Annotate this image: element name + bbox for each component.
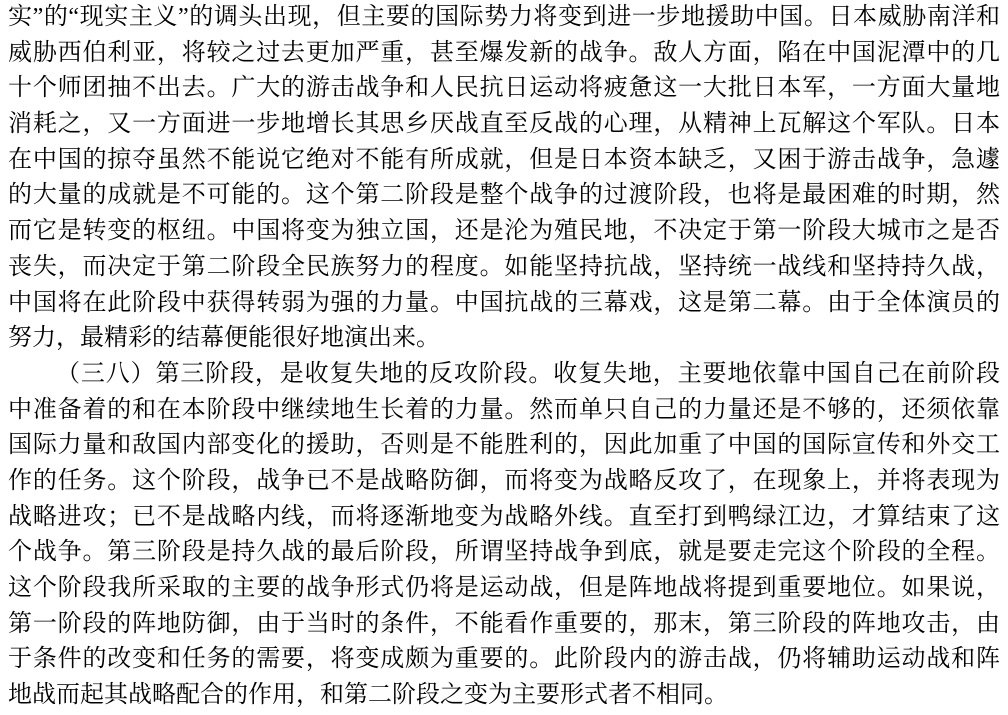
text-line: 国际力量和敌国内部变化的援助，否则是不能胜利的，因此加重了中国的国际宣传和外交工 <box>8 428 1000 464</box>
text-line: 个战争。第三阶段是持久战的最后阶段，所谓坚持战争到底，就是要走完这个阶段的全程。 <box>8 535 1000 571</box>
text-line: （三八）第三阶段，是收复失地的反攻阶段。收复失地，主要地依靠中国自己在前阶段 <box>8 357 1000 393</box>
text-line: 地战而起其战略配合的作用，和第二阶段之变为主要形式者不相同。 <box>8 678 1000 714</box>
text-line: 实”的“现实主义”的调头出现，但主要的国际势力将变到进一步地援助中国。日本威胁南… <box>8 0 1000 36</box>
text-line: 威胁西伯利亚，将较之过去更加严重，甚至爆发新的战争。敌人方面，陷在中国泥潭中的几 <box>8 36 1000 72</box>
text-line: 这个阶段我所采取的主要的战争形式仍将是运动战，但是阵地战将提到重要地位。如果说， <box>8 571 1000 607</box>
text-line: 消耗之，又一方面进一步地增长其思乡厌战直至反战的心理，从精神上瓦解这个军队。日本 <box>8 107 1000 143</box>
text-line: 丧失，而决定于第二阶段全民族努力的程度。如能坚持抗战，坚持统一战线和坚持持久战， <box>8 250 1000 286</box>
text-line: 努力，最精彩的结幕便能很好地演出来。 <box>8 321 1000 357</box>
document-body: 实”的“现实主义”的调头出现，但主要的国际势力将变到进一步地援助中国。日本威胁南… <box>8 0 1000 714</box>
text-line: 第一阶段的阵地防御，由于当时的条件，不能看作重要的，那末，第三阶段的阵地攻击，由 <box>8 607 1000 643</box>
text-line: 在中国的掠夺虽然不能说它绝对不能有所成就，但是日本资本缺乏，又困于游击战争，急遽 <box>8 143 1000 179</box>
text-line: 于条件的改变和任务的需要，将变成颇为重要的。此阶段内的游击战，仍将辅助运动战和阵 <box>8 642 1000 678</box>
text-line: 战略进攻；已不是战略内线，而将逐渐地变为战略外线。直至打到鸭绿江边，才算结束了这 <box>8 500 1000 536</box>
text-line: 的大量的成就是不可能的。这个第二阶段是整个战争的过渡阶段，也将是最困难的时期，然 <box>8 178 1000 214</box>
text-line: 中准备着的和在本阶段中继续地生长着的力量。然而单只自己的力量还是不够的，还须依靠 <box>8 393 1000 429</box>
text-line: 中国将在此阶段中获得转弱为强的力量。中国抗战的三幕戏，这是第二幕。由于全体演员的 <box>8 286 1000 322</box>
document-page: 实”的“现实主义”的调头出现，但主要的国际势力将变到进一步地援助中国。日本威胁南… <box>0 0 1008 715</box>
text-line: 作的任务。这个阶段，战争已不是战略防御，而将变为战略反攻了，在现象上，并将表现为 <box>8 464 1000 500</box>
text-line: 十个师团抽不出去。广大的游击战争和人民抗日运动将疲惫这一大批日本军，一方面大量地 <box>8 71 1000 107</box>
text-line: 而它是转变的枢纽。中国将变为独立国，还是沦为殖民地，不决定于第一阶段大城市之是否 <box>8 214 1000 250</box>
